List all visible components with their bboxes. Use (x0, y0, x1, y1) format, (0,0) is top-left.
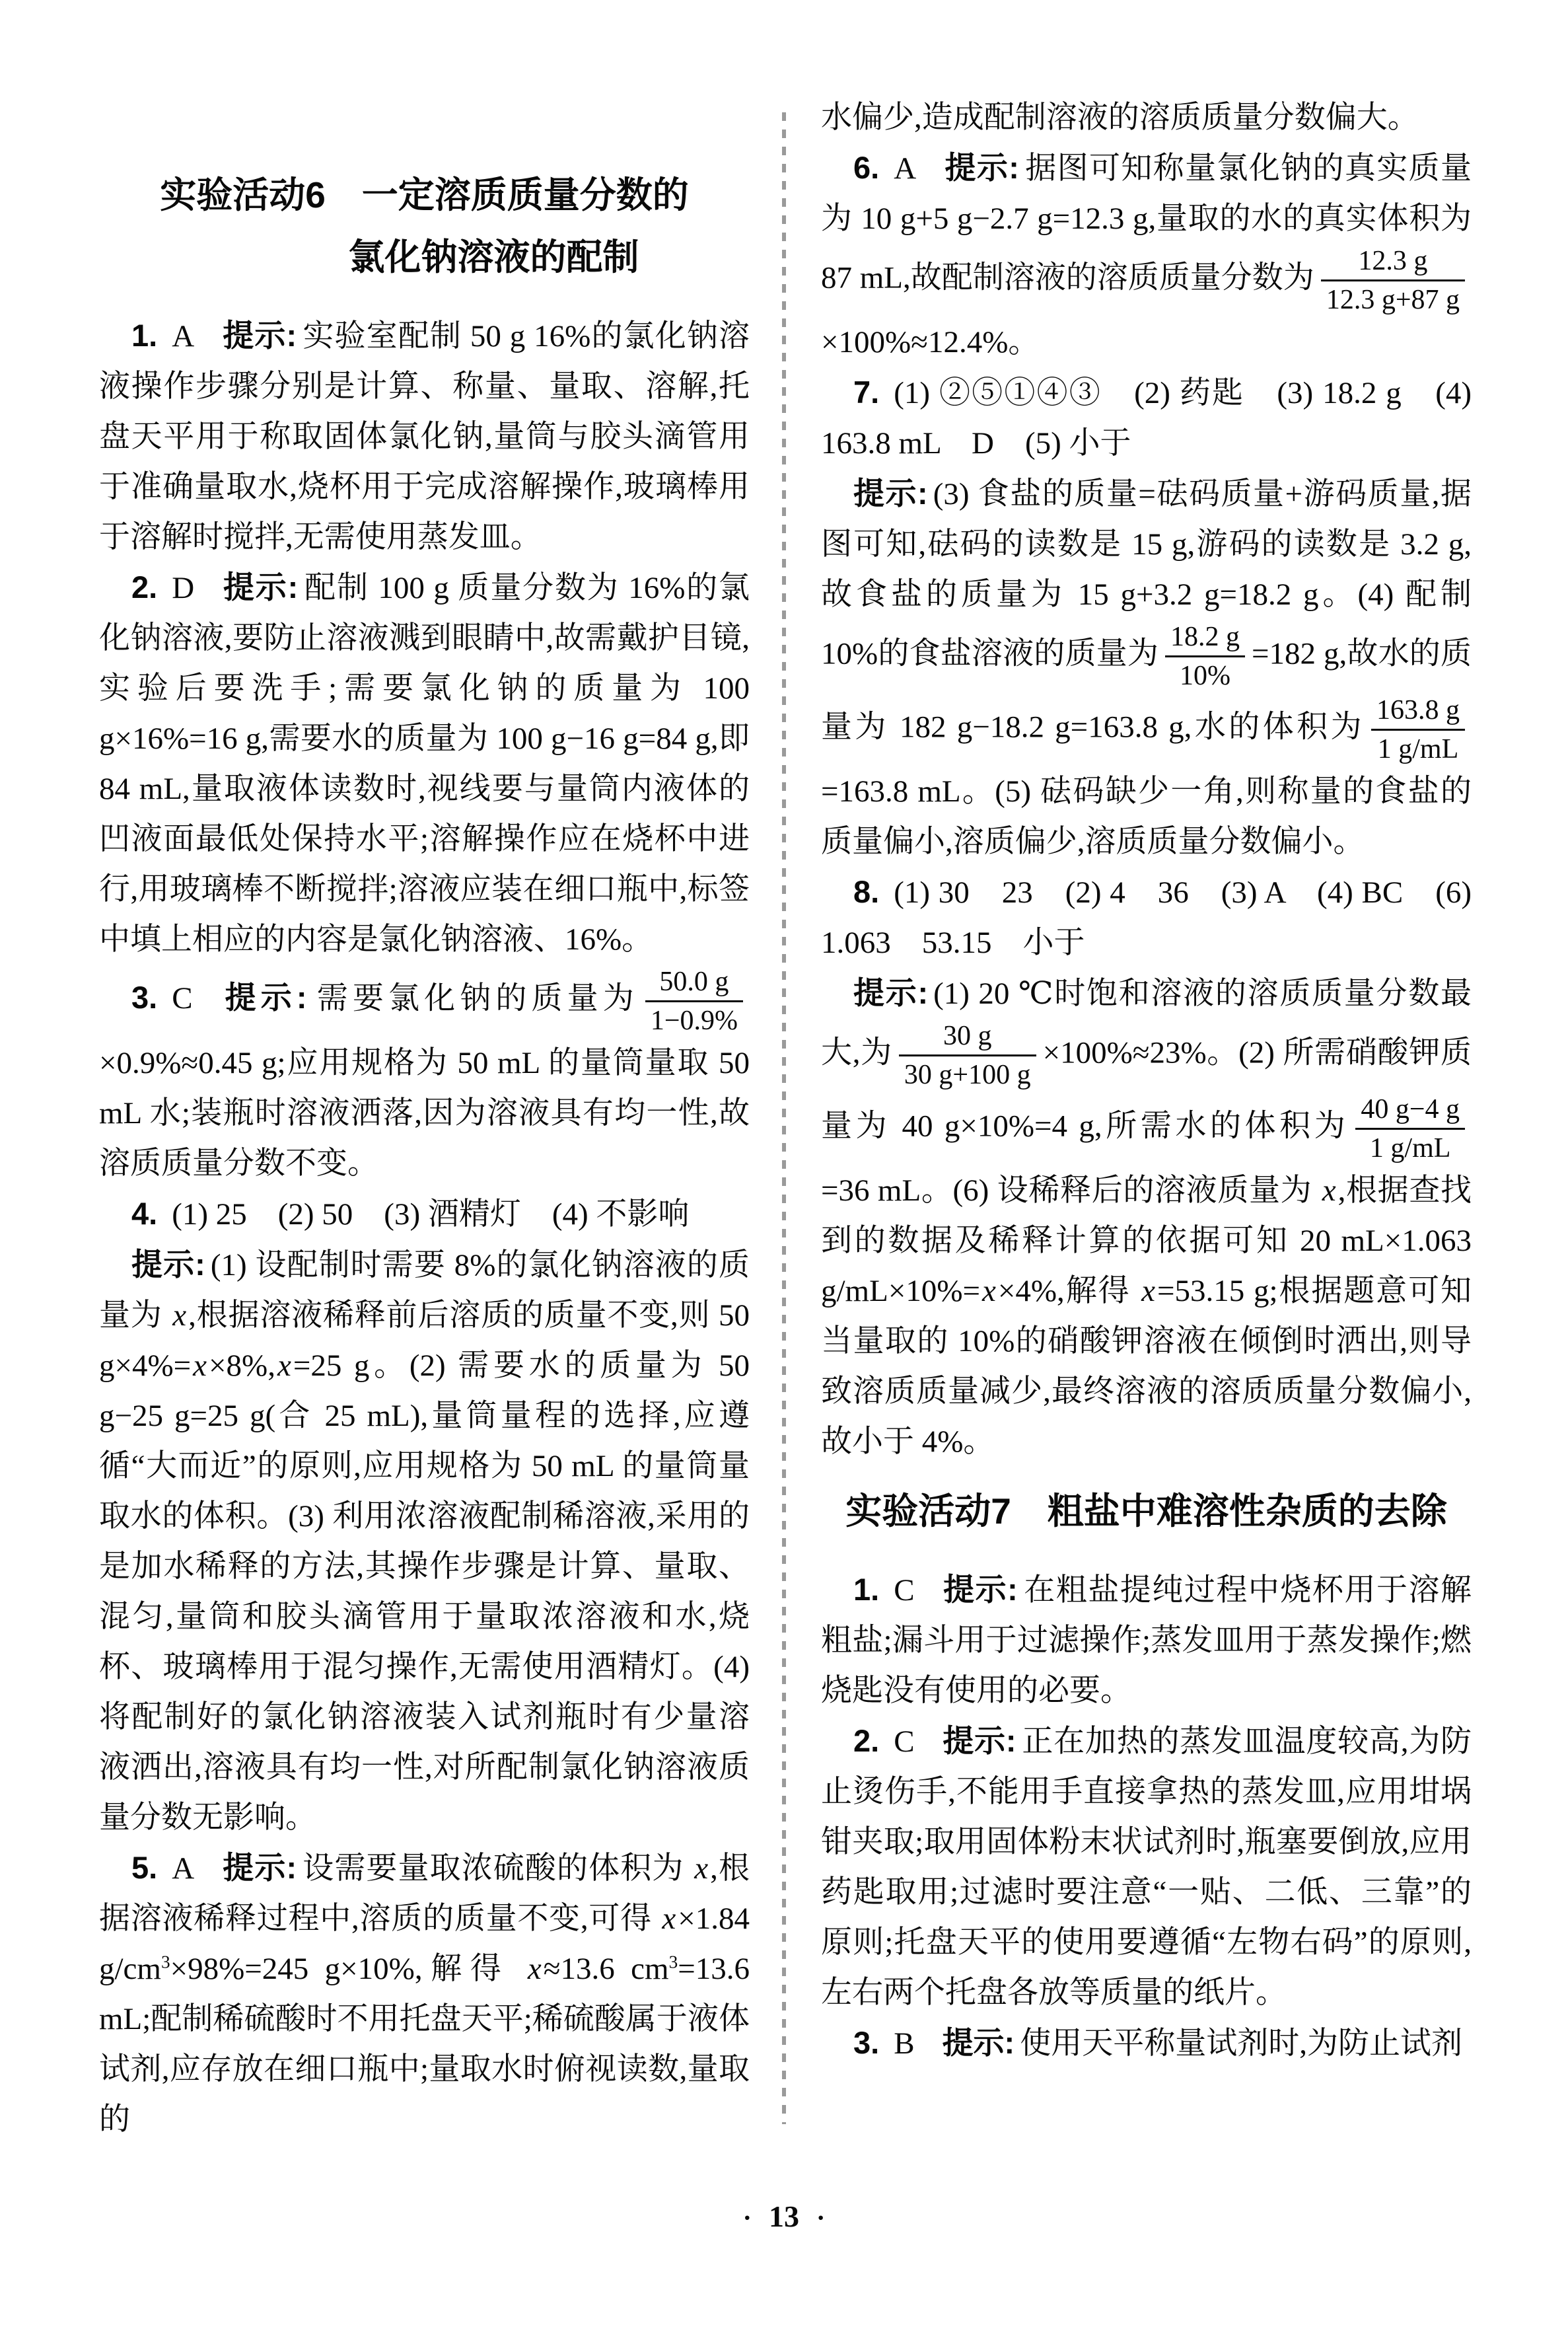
fraction: 163.8 g1 g/mL (1371, 693, 1465, 766)
answer-letter: D (172, 571, 194, 605)
hint-label: 提示: (853, 975, 928, 1010)
hint-label: 提示: (943, 1723, 1016, 1758)
hint-label: 提示: (131, 1247, 205, 1282)
hint-label: 提示: (943, 2025, 1015, 2060)
math-variable: x (191, 1348, 209, 1383)
page-footer: ·13· (0, 2199, 1568, 2234)
hint-label: 提示: (222, 318, 297, 353)
answer-q3: 3.C提示:需要氯化钠的质量为50.0 g1−0.9%×0.9%≈0.45 g;… (99, 965, 750, 1189)
question-number: 3. (853, 2025, 879, 2060)
answer-q2: 2.D提示:配制 100 g 质量分数为 16%的氯化钠溶液,要防止溶液溅到眼睛… (99, 562, 750, 965)
answer-q3-activity7: 3.B提示:使用天平称量试剂时,为防止试剂 (821, 2018, 1472, 2069)
fraction-denominator: 1−0.9% (645, 1000, 743, 1038)
math-variable: x (526, 1952, 544, 1986)
superscript: 3 (669, 1952, 678, 1972)
answer-q1: 1.A提示:实验室配制 50 g 16%的氯化钠溶液操作步骤分别是计算、称量、量… (99, 311, 750, 562)
math-variable: x (275, 1348, 293, 1383)
fraction-denominator: 1 g/mL (1355, 1128, 1465, 1165)
footer-dot-right: · (816, 2203, 825, 2233)
hint-label: 提示: (853, 476, 928, 511)
fraction-numerator: 12.3 g (1321, 244, 1465, 279)
answer-q8: 8.(1) 30 23 (2) 4 36 (3) A (4) BC (6) 1.… (821, 867, 1472, 968)
answer-q7: 7.(1) ②⑤①④③ (2) 药匙 (3) 18.2 g (4) 163.8 … (821, 367, 1472, 468)
fraction-numerator: 40 g−4 g (1355, 1092, 1465, 1128)
math-variable: x (692, 1851, 710, 1886)
fraction-denominator: 10% (1165, 655, 1245, 693)
workbook-answer-page: 实验活动6 一定溶质质量分数的氯化钠溶液的配制1.A提示:实验室配制 50 g … (0, 0, 1568, 2325)
heading-line: 氯化钠溶液的配制 (99, 226, 750, 288)
question-number: 2. (131, 570, 157, 605)
hint-label: 提示: (222, 1850, 297, 1885)
right-column: 水偏少,造成配制溶液的溶质质量分数偏大。6.A提示:据图可知称量氯化钠的真实质量… (821, 92, 1472, 2069)
hint-q8: 提示:(1) 20 ℃时饱和溶液的溶质质量分数最大,为30 g30 g+100 … (821, 968, 1472, 1467)
question-number: 8. (853, 874, 879, 909)
fraction-numerator: 18.2 g (1165, 620, 1245, 655)
hint-label: 提示: (943, 1572, 1018, 1607)
fraction-denominator: 12.3 g+87 g (1321, 279, 1465, 317)
hint-label: 提示: (944, 150, 1019, 185)
question-number: 4. (131, 1196, 157, 1231)
fraction: 12.3 g12.3 g+87 g (1321, 244, 1465, 317)
math-variable: x (980, 1274, 998, 1308)
math-variable: x (660, 1901, 678, 1936)
question-number: 3. (131, 980, 157, 1015)
footer-dot-left: · (743, 2203, 752, 2233)
question-number: 2. (853, 1723, 879, 1758)
math-variable: x (170, 1298, 188, 1333)
fraction: 40 g−4 g1 g/mL (1355, 1092, 1465, 1165)
fraction-denominator: 1 g/mL (1371, 729, 1465, 766)
left-column: 实验活动6 一定溶质质量分数的氯化钠溶液的配制1.A提示:实验室配制 50 g … (99, 151, 750, 2145)
question-number: 1. (853, 1572, 879, 1607)
answer-q1-activity7: 1.C提示:在粗盐提纯过程中烧杯用于溶解粗盐;漏斗用于过滤操作;蒸发皿用于蒸发操… (821, 1565, 1472, 1716)
answer-letter: A (172, 1851, 194, 1886)
fraction: 30 g30 g+100 g (899, 1019, 1036, 1092)
question-number: 1. (131, 318, 157, 353)
fraction: 50.0 g1−0.9% (645, 965, 743, 1038)
fraction: 18.2 g10% (1165, 620, 1245, 693)
heading-line: 实验活动6 一定溶质质量分数的 (99, 164, 750, 226)
heading-line: 实验活动7 粗盐中难溶性杂质的去除 (821, 1480, 1472, 1542)
math-variable: x (1139, 1274, 1157, 1308)
fraction-numerator: 50.0 g (645, 965, 743, 1000)
section-heading-activity-7: 实验活动7 粗盐中难溶性杂质的去除 (821, 1480, 1472, 1542)
fraction-denominator: 30 g+100 g (899, 1054, 1036, 1092)
answer-letter: C (894, 1724, 914, 1759)
fraction-numerator: 163.8 g (1371, 693, 1465, 729)
question-number: 6. (853, 150, 879, 185)
answer-q5-continuation: 水偏少,造成配制溶液的溶质质量分数偏大。 (821, 92, 1472, 143)
answer-q4: 4.(1) 25 (2) 50 (3) 酒精灯 (4) 不影响 (99, 1189, 750, 1239)
answer-letter: C (172, 981, 192, 1015)
answer-letter: A (172, 319, 194, 353)
column-divider (782, 112, 786, 2124)
fraction-numerator: 30 g (899, 1019, 1036, 1054)
math-variable: x (1320, 1173, 1338, 1208)
question-number: 7. (853, 375, 879, 410)
section-heading-activity-6: 实验活动6 一定溶质质量分数的氯化钠溶液的配制 (99, 164, 750, 288)
page-number: 13 (769, 2199, 799, 2233)
answer-q6: 6.A提示:据图可知称量氯化钠的真实质量为 10 g+5 g−2.7 g=12.… (821, 143, 1472, 367)
answer-q2-activity7: 2.C提示:正在加热的蒸发皿温度较高,为防止烫伤手,不能用手直接拿热的蒸发皿,应… (821, 1716, 1472, 2018)
answer-letter: A (894, 151, 916, 186)
superscript: 3 (161, 1952, 170, 1972)
answer-q5: 5.A提示:设需要量取浓硫酸的体积为 x,根据溶液稀释过程中,溶质的质量不变,可… (99, 1843, 750, 2145)
question-number: 5. (131, 1850, 157, 1885)
hint-label: 提示: (222, 570, 298, 605)
answer-letter: C (894, 1573, 914, 1607)
hint-q7: 提示:(3) 食盐的质量=砝码质量+游码质量,据图可知,砝码的读数是 15 g,… (821, 468, 1472, 867)
answer-letter: B (894, 2026, 914, 2061)
hint-label: 提示: (221, 980, 307, 1015)
hint-q4: 提示:(1) 设配制时需要 8%的氯化钠溶液的质量为 x,根据溶液稀释前后溶质的… (99, 1239, 750, 1843)
